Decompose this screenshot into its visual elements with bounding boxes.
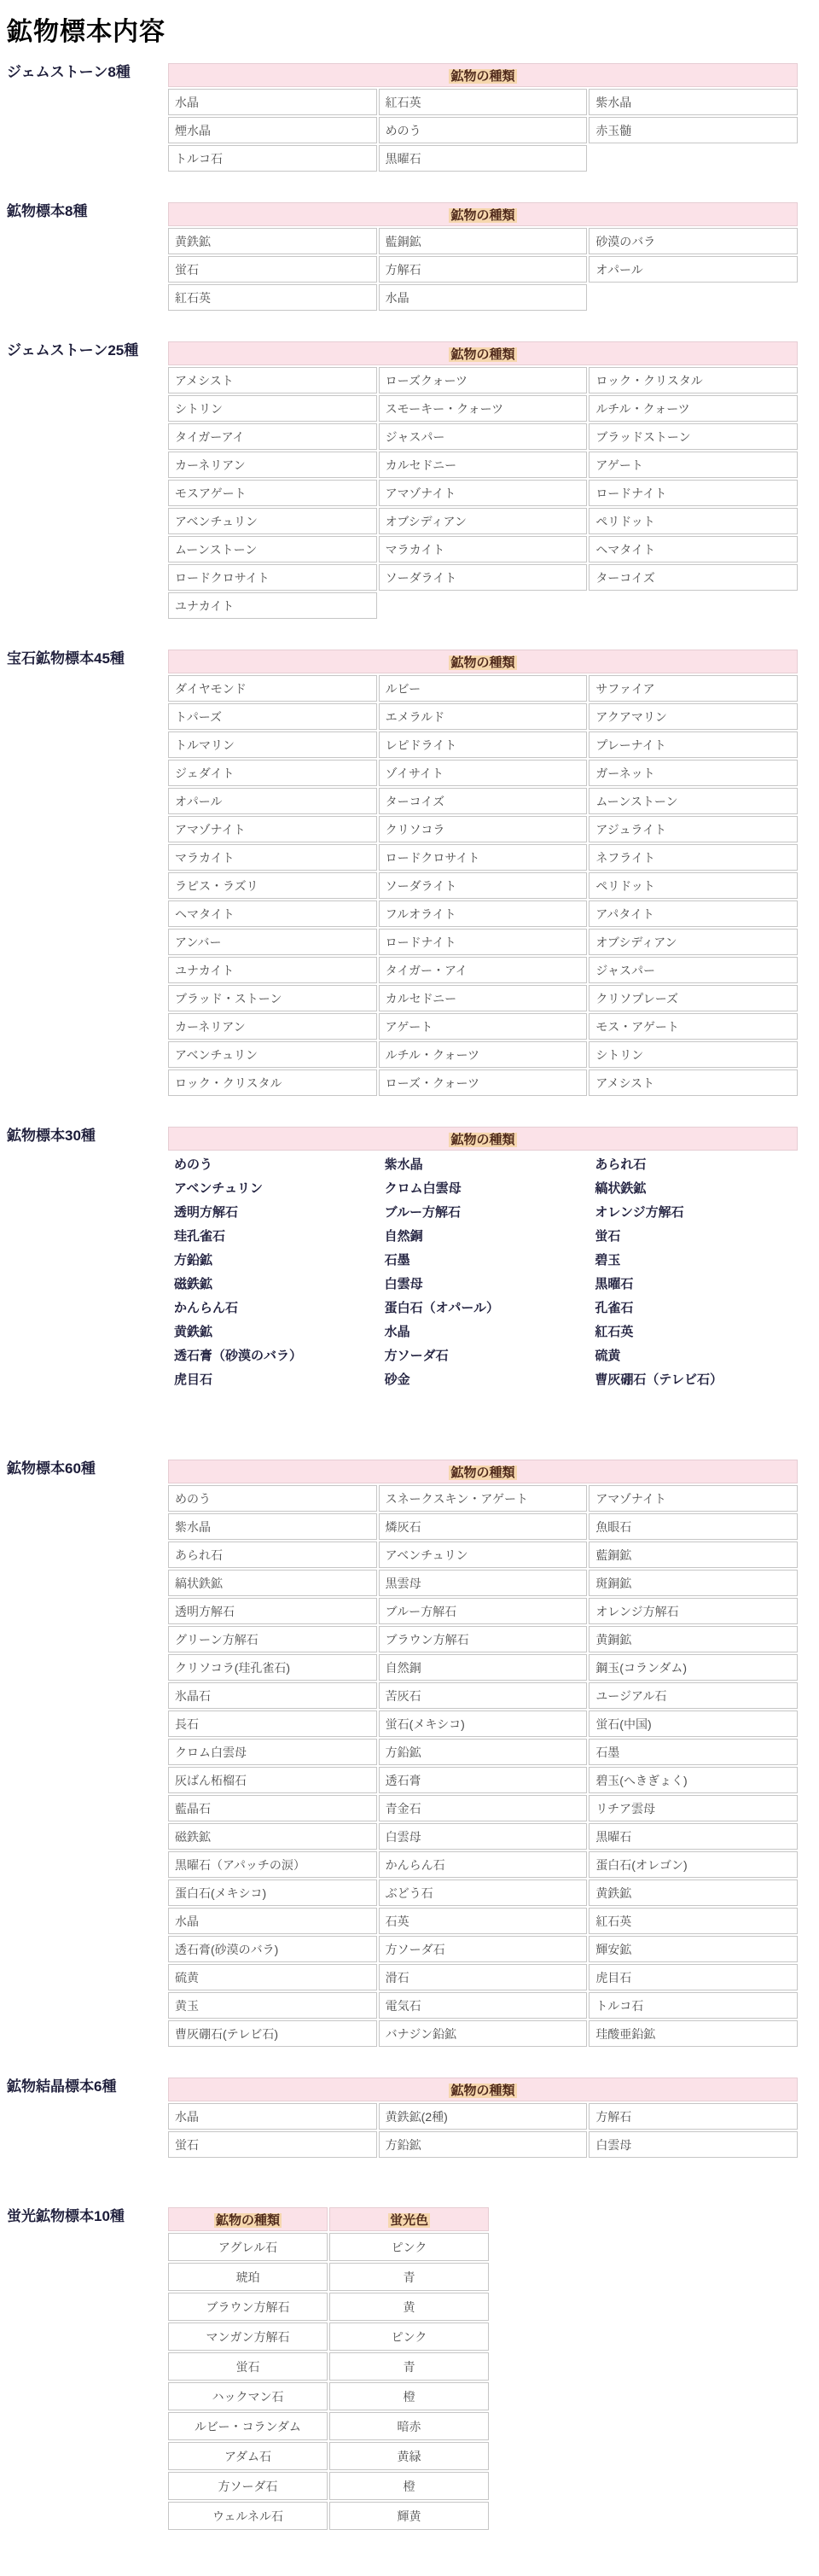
mineral-cell: タイガー・アイ — [379, 957, 588, 983]
mineral-cell: 蛍石 — [168, 256, 377, 283]
table-row: アマゾナイトクリソコラアジュライト — [168, 816, 798, 842]
mineral-cell: ブルー方解石 — [379, 1200, 588, 1222]
mineral-cell: 藍銅鉱 — [589, 1542, 798, 1568]
mineral-cell: ロードクロサイト — [168, 564, 377, 591]
mineral-cell: 硫黄 — [168, 1964, 377, 1990]
mineral-cell: ブラウン方解石 — [379, 1626, 588, 1652]
table-row: アンバーロードナイトオブシディアン — [168, 929, 798, 955]
mineral-cell: グリーン方解石 — [168, 1626, 377, 1652]
mineral-cell: 黒雲母 — [379, 1570, 588, 1596]
mineral-cell: アゲート — [589, 452, 798, 478]
mineral-cell: 蛍石 — [168, 2352, 328, 2381]
table-row: ジェダイトゾイサイトガーネット — [168, 760, 798, 786]
mineral-cell: 紅石英 — [589, 1908, 798, 1934]
mineral-cell: アメシスト — [168, 367, 377, 393]
mineral-cell: かんらん石 — [168, 1296, 377, 1318]
mineral-cell: アゲート — [379, 1013, 588, 1040]
mineral-cell: 縞状鉄鉱 — [168, 1570, 377, 1596]
table-row: 透明方解石ブルー方解石オレンジ方解石 — [168, 1598, 798, 1624]
mineral-cell: 煙水晶 — [168, 117, 377, 143]
page-title: 鉱物標本内容 — [7, 10, 810, 48]
table-row: 黄鉄鉱藍銅鉱砂漠のバラ — [168, 228, 798, 254]
mineral-cell: 燐灰石 — [379, 1513, 588, 1540]
mineral-cell: 水晶 — [379, 1320, 588, 1342]
mineral-cell: 蛋白石(メキシコ) — [168, 1880, 377, 1906]
mineral-cell: 虎目石 — [168, 1367, 377, 1390]
mineral-cell: 硫黄 — [589, 1343, 798, 1366]
mineral-cell: モスアゲート — [168, 480, 377, 506]
table-row: ロードクロサイトソーダライトターコイズ — [168, 564, 798, 591]
table-header-row: 鉱物の種類 — [168, 202, 798, 226]
mineral-cell: 曹灰硼石(テレビ石) — [168, 2020, 377, 2047]
mineral-cell: ルチル・クォーツ — [589, 395, 798, 422]
mineral-cell: ぶどう石 — [379, 1880, 588, 1906]
table-row: トルコ石黒曜石 — [168, 145, 798, 172]
mineral-cell: アクアマリン — [589, 703, 798, 730]
table-header-cell: 蛍光色 — [329, 2207, 489, 2231]
table-row: クリソコラ(珪孔雀石)自然銅鋼玉(コランダム) — [168, 1654, 798, 1681]
mineral-cell: 白雲母 — [379, 1823, 588, 1850]
table-row: 蛍石方解石オパール — [168, 256, 798, 283]
mineral-cell: ローズ・クォーツ — [379, 1069, 588, 1096]
mineral-cell: 砂漠のバラ — [589, 228, 798, 254]
mineral-cell: 輝安鉱 — [589, 1936, 798, 1962]
mineral-cell: 透明方解石 — [168, 1598, 377, 1624]
table-row: 紅石英水晶 — [168, 284, 798, 311]
mineral-cell: 黄銅鉱 — [589, 1626, 798, 1652]
table-header-label: 鉱物の種類 — [214, 2213, 282, 2228]
table-row: ロック・クリスタルローズ・クォーツアメシスト — [168, 1069, 798, 1096]
mineral-cell: 赤玉髄 — [589, 117, 798, 143]
mineral-cell: 黄鉄鉱 — [168, 1320, 377, 1342]
table-header-row: 鉱物の種類 — [168, 63, 798, 87]
table-row: マラカイトロードクロサイトネフライト — [168, 844, 798, 871]
mineral-cell: アグレル石 — [168, 2233, 328, 2261]
mineral-cell: 方ソーダ石 — [168, 2472, 328, 2500]
table-row: 蛍石方鉛鉱白雲母 — [168, 2131, 798, 2158]
mineral-cell: 灰ばん柘榴石 — [168, 1767, 377, 1793]
mineral-cell: 黄鉄鉱 — [589, 1880, 798, 1906]
table-row: 水晶黄鉄鉱(2種)方解石 — [168, 2103, 798, 2130]
mineral-cell: リチア雲母 — [589, 1795, 798, 1821]
fluor-color-cell: 暗赤 — [329, 2412, 489, 2440]
mineral-cell: 琥珀 — [168, 2263, 328, 2291]
mineral-cell: ジェダイト — [168, 760, 377, 786]
mineral-cell: クリソプレーズ — [589, 985, 798, 1011]
mineral-cell: ヘマタイト — [589, 536, 798, 562]
mineral-cell: スネークスキン・アゲート — [379, 1485, 588, 1512]
mineral-cell: ハックマン石 — [168, 2382, 328, 2410]
table-row: オパールターコイズムーンストーン — [168, 788, 798, 814]
mineral-cell: 紫水晶 — [168, 1513, 377, 1540]
mineral-cell: ターコイズ — [589, 564, 798, 591]
mineral-cell: カーネリアン — [168, 1013, 377, 1040]
table-row: 黄玉電気石トルコ石 — [168, 1992, 798, 2019]
table-row: 紫水晶燐灰石魚眼石 — [168, 1513, 798, 1540]
mineral-cell: あられ石 — [589, 1152, 798, 1174]
mineral-cell: ネフライト — [589, 844, 798, 871]
mineral-cell: 蛋白石（オパール） — [379, 1296, 588, 1318]
section-6: 鉱物標本60種鉱物の種類めのうスネークスキン・アゲートアマゾナイト紫水晶燐灰石魚… — [7, 1458, 810, 2049]
section-8: 蛍光鉱物標本10種鉱物の種類蛍光色アグレル石ピンク琥珀青ブラウン方解石黄マンガン… — [7, 2206, 810, 2532]
table-header-cell: 鉱物の種類 — [168, 202, 798, 226]
mineral-cell: 珪酸亜鉛鉱 — [589, 2020, 798, 2047]
sections-container: ジェムストーン8種鉱物の種類水晶紅石英紫水晶煙水晶めのう赤玉髄トルコ石黒曜石鉱物… — [7, 61, 810, 2532]
section-label: 蛍光鉱物標本10種 — [7, 2206, 166, 2225]
fluor-color-cell: 輝黄 — [329, 2502, 489, 2530]
mineral-table: 鉱物の種類水晶紅石英紫水晶煙水晶めのう赤玉髄トルコ石黒曜石 — [166, 61, 799, 173]
mineral-cell: カルセドニー — [379, 985, 588, 1011]
table-header-label: 鉱物の種類 — [449, 347, 516, 362]
table-row: 水晶紅石英紫水晶 — [168, 89, 798, 115]
table-row: アベンチュリンオブシディアンペリドット — [168, 508, 798, 534]
table-header-row: 鉱物の種類 — [168, 1127, 798, 1151]
mineral-cell: 方鉛鉱 — [379, 1739, 588, 1765]
table-header-label: 鉱物の種類 — [449, 656, 516, 670]
mineral-cell: 透石膏(砂漠のバラ) — [168, 1936, 377, 1962]
mineral-cell: 黒曜石 — [379, 145, 588, 172]
table-row: 水晶石英紅石英 — [168, 1908, 798, 1934]
mineral-cell: トルコ石 — [168, 145, 377, 172]
mineral-cell: 方ソーダ石 — [379, 1343, 588, 1366]
section-2: 鉱物標本8種鉱物の種類黄鉄鉱藍銅鉱砂漠のバラ蛍石方解石オパール紅石英水晶 — [7, 201, 810, 312]
mineral-cell: シトリン — [168, 395, 377, 422]
mineral-cell: ターコイズ — [379, 788, 588, 814]
mineral-cell: マラカイト — [168, 844, 377, 871]
section-label: ジェムストーン8種 — [7, 61, 166, 81]
table-row: 硫黄滑石虎目石 — [168, 1964, 798, 1990]
mineral-cell: ペリドット — [589, 508, 798, 534]
mineral-cell: ムーンストーン — [589, 788, 798, 814]
mineral-cell: ロードナイト — [379, 929, 588, 955]
mineral-cell: 蛍石(メキシコ) — [379, 1711, 588, 1737]
table-header-cell: 鉱物の種類 — [168, 63, 798, 87]
mineral-cell: 電気石 — [379, 1992, 588, 2019]
mineral-cell: 透石膏 — [379, 1767, 588, 1793]
fluor-color-cell: 橙 — [329, 2382, 489, 2410]
table-row: シトリンスモーキー・クォーツルチル・クォーツ — [168, 395, 798, 422]
table-header-row: 鉱物の種類 — [168, 650, 798, 673]
table-header-cell: 鉱物の種類 — [168, 2207, 328, 2231]
section-4: 宝石鉱物標本45種鉱物の種類ダイヤモンドルビーサファイアトパーズエメラルドアクア… — [7, 648, 810, 1098]
section-5: 鉱物標本30種鉱物の種類めのう紫水晶あられ石アベンチュリンクロム白雲母縞状鉄鉱透… — [7, 1125, 810, 1391]
mineral-cell: ルチル・クォーツ — [379, 1041, 588, 1068]
mineral-cell: レピドライト — [379, 731, 588, 758]
mineral-cell: バナジン鉛鉱 — [379, 2020, 588, 2047]
mineral-cell: フルオライト — [379, 900, 588, 927]
mineral-cell: ガーネット — [589, 760, 798, 786]
mineral-cell: ジャスパー — [379, 423, 588, 450]
table-header-label: 鉱物の種類 — [449, 2084, 516, 2098]
table-row: 曹灰硼石(テレビ石)バナジン鉛鉱珪酸亜鉛鉱 — [168, 2020, 798, 2047]
mineral-cell: ムーンストーン — [168, 536, 377, 562]
mineral-cell: 黄鉄鉱 — [168, 228, 377, 254]
table-row: ウェルネル石輝黄 — [168, 2502, 489, 2530]
mineral-cell: 青金石 — [379, 1795, 588, 1821]
table-row: 長石蛍石(メキシコ)蛍石(中国) — [168, 1711, 798, 1737]
empty-cell — [589, 592, 798, 619]
mineral-cell: 珪孔雀石 — [168, 1224, 377, 1246]
table-row: マンガン方解石ピンク — [168, 2322, 489, 2351]
mineral-cell: 黒曜石（アパッチの涙） — [168, 1851, 377, 1878]
mineral-cell: 紅石英 — [168, 284, 377, 311]
table-row: 磁鉄鉱白雲母黒曜石 — [168, 1272, 798, 1294]
mineral-cell: 紫水晶 — [589, 89, 798, 115]
mineral-cell: 鋼玉(コランダム) — [589, 1654, 798, 1681]
mineral-cell: 自然銅 — [379, 1224, 588, 1246]
table-row: モスアゲートアマゾナイトロードナイト — [168, 480, 798, 506]
fluor-color-cell: 黄緑 — [329, 2442, 489, 2470]
mineral-cell: ゾイサイト — [379, 760, 588, 786]
mineral-cell: ブラッドストーン — [589, 423, 798, 450]
mineral-cell: 紅石英 — [379, 89, 588, 115]
mineral-cell: アマゾナイト — [379, 480, 588, 506]
mineral-cell: オパール — [168, 788, 377, 814]
mineral-cell: 白雲母 — [379, 1272, 588, 1294]
fluor-color-cell: ピンク — [329, 2233, 489, 2261]
mineral-cell: 方解石 — [379, 256, 588, 283]
table-row: アメシストローズクォーツロック・クリスタル — [168, 367, 798, 393]
mineral-cell: ロック・クリスタル — [168, 1069, 377, 1096]
mineral-cell: 蛋白石(オレゴン) — [589, 1851, 798, 1878]
table-row: 氷晶石苦灰石ユージアル石 — [168, 1682, 798, 1709]
mineral-cell: 黒曜石 — [589, 1272, 798, 1294]
mineral-cell: ウェルネル石 — [168, 2502, 328, 2530]
fluor-color-cell: 青 — [329, 2352, 489, 2381]
mineral-cell: ユージアル石 — [589, 1682, 798, 1709]
mineral-cell: トパーズ — [168, 703, 377, 730]
mineral-cell: 長石 — [168, 1711, 377, 1737]
table-header-row: 鉱物の種類蛍光色 — [168, 2207, 489, 2231]
mineral-cell: ローズクォーツ — [379, 367, 588, 393]
table-row: 琥珀青 — [168, 2263, 489, 2291]
mineral-cell: 黒曜石 — [589, 1823, 798, 1850]
mineral-cell: 水晶 — [379, 284, 588, 311]
empty-cell — [589, 284, 798, 311]
mineral-cell: タイガーアイ — [168, 423, 377, 450]
table-header-cell: 鉱物の種類 — [168, 1460, 798, 1483]
section-1: ジェムストーン8種鉱物の種類水晶紅石英紫水晶煙水晶めのう赤玉髄トルコ石黒曜石 — [7, 61, 810, 173]
mineral-cell: 砂金 — [379, 1367, 588, 1390]
mineral-cell: アマゾナイト — [589, 1485, 798, 1512]
mineral-cell: エメラルド — [379, 703, 588, 730]
mineral-cell: アメシスト — [589, 1069, 798, 1096]
mineral-cell: 透明方解石 — [168, 1200, 377, 1222]
mineral-cell: ジャスパー — [589, 957, 798, 983]
mineral-cell: 苦灰石 — [379, 1682, 588, 1709]
mineral-cell: 魚眼石 — [589, 1513, 798, 1540]
fluor-color-cell: 黄 — [329, 2293, 489, 2321]
mineral-cell: マラカイト — [379, 536, 588, 562]
table-row: めのうスネークスキン・アゲートアマゾナイト — [168, 1485, 798, 1512]
table-row: めのう紫水晶あられ石 — [168, 1152, 798, 1174]
table-row: ブラッド・ストーンカルセドニークリソプレーズ — [168, 985, 798, 1011]
mineral-cell: 紅石英 — [589, 1320, 798, 1342]
table-header-label: 鉱物の種類 — [449, 208, 516, 223]
table-row: ダイヤモンドルビーサファイア — [168, 675, 798, 702]
mineral-table: 鉱物の種類めのう紫水晶あられ石アベンチュリンクロム白雲母縞状鉄鉱透明方解石ブルー… — [166, 1125, 799, 1391]
mineral-cell: アベンチュリン — [168, 508, 377, 534]
mineral-cell: ルビー — [379, 675, 588, 702]
table-header-cell: 鉱物の種類 — [168, 1127, 798, 1151]
mineral-cell: 藍晶石 — [168, 1795, 377, 1821]
table-row: 蛍石青 — [168, 2352, 489, 2381]
mineral-cell: ペリドット — [589, 872, 798, 899]
table-row: かんらん石蛋白石（オパール）孔雀石 — [168, 1296, 798, 1318]
mineral-cell: ダイヤモンド — [168, 675, 377, 702]
mineral-cell: 水晶 — [168, 89, 377, 115]
table-header-row: 鉱物の種類 — [168, 1460, 798, 1483]
mineral-table: 鉱物の種類アメシストローズクォーツロック・クリスタルシトリンスモーキー・クォーツ… — [166, 340, 799, 621]
mineral-cell: トルマリン — [168, 731, 377, 758]
table-row: ユナカイトタイガー・アイジャスパー — [168, 957, 798, 983]
section-label: 鉱物結晶標本6種 — [7, 2076, 166, 2095]
mineral-cell: シトリン — [589, 1041, 798, 1068]
table-row: 蛋白石(メキシコ)ぶどう石黄鉄鉱 — [168, 1880, 798, 1906]
fluor-color-cell: 青 — [329, 2263, 489, 2291]
mineral-table: 鉱物の種類ダイヤモンドルビーサファイアトパーズエメラルドアクアマリントルマリンレ… — [166, 648, 799, 1098]
mineral-table: 鉱物の種類めのうスネークスキン・アゲートアマゾナイト紫水晶燐灰石魚眼石あられ石ア… — [166, 1458, 799, 2049]
table-header-cell: 鉱物の種類 — [168, 2078, 798, 2101]
mineral-cell: スモーキー・クォーツ — [379, 395, 588, 422]
fluor-color-cell: 橙 — [329, 2472, 489, 2500]
mineral-cell: 縞状鉄鉱 — [589, 1176, 798, 1198]
mineral-cell: 黄鉄鉱(2種) — [379, 2103, 588, 2130]
table-row: ムーンストーンマラカイトヘマタイト — [168, 536, 798, 562]
mineral-cell: あられ石 — [168, 1542, 377, 1568]
section-3: ジェムストーン25種鉱物の種類アメシストローズクォーツロック・クリスタルシトリン… — [7, 340, 810, 621]
mineral-cell: ユナカイト — [168, 957, 377, 983]
mineral-cell: 石墨 — [589, 1739, 798, 1765]
mineral-cell: 方鉛鉱 — [168, 1248, 377, 1270]
mineral-cell: めのう — [168, 1152, 377, 1174]
table-row: 縞状鉄鉱黒雲母斑銅鉱 — [168, 1570, 798, 1596]
mineral-cell: クリソコラ(珪孔雀石) — [168, 1654, 377, 1681]
table-row: 黒曜石（アパッチの涙）かんらん石蛋白石(オレゴン) — [168, 1851, 798, 1878]
section-label: ジェムストーン25種 — [7, 340, 166, 359]
mineral-cell: 曹灰硼石（テレビ石） — [589, 1367, 798, 1390]
mineral-cell: 方鉛鉱 — [379, 2131, 588, 2158]
table-row: 黄鉄鉱水晶紅石英 — [168, 1320, 798, 1342]
mineral-cell: 碧玉 — [589, 1248, 798, 1270]
table-row: 珪孔雀石自然銅蛍石 — [168, 1224, 798, 1246]
mineral-cell: モス・アゲート — [589, 1013, 798, 1040]
mineral-cell: 虎目石 — [589, 1964, 798, 1990]
mineral-cell: サファイア — [589, 675, 798, 702]
table-row: ヘマタイトフルオライトアパタイト — [168, 900, 798, 927]
section-label: 鉱物標本8種 — [7, 201, 166, 220]
mineral-cell: クリソコラ — [379, 816, 588, 842]
mineral-cell: 蛍石(中国) — [589, 1711, 798, 1737]
table-row: グリーン方解石ブラウン方解石黄銅鉱 — [168, 1626, 798, 1652]
mineral-cell: ロック・クリスタル — [589, 367, 798, 393]
mineral-cell: トルコ石 — [589, 1992, 798, 2019]
mineral-cell: マンガン方解石 — [168, 2322, 328, 2351]
table-row: アダム石黄緑 — [168, 2442, 489, 2470]
mineral-cell: 白雲母 — [589, 2131, 798, 2158]
mineral-cell: 蛍石 — [168, 2131, 377, 2158]
table-row: 灰ばん柘榴石透石膏碧玉(へきぎょく) — [168, 1767, 798, 1793]
section-7: 鉱物結晶標本6種鉱物の種類水晶黄鉄鉱(2種)方解石蛍石方鉛鉱白雲母 — [7, 2076, 810, 2159]
table-row: ブラウン方解石黄 — [168, 2293, 489, 2321]
mineral-cell: 水晶 — [168, 2103, 377, 2130]
mineral-table: 鉱物の種類黄鉄鉱藍銅鉱砂漠のバラ蛍石方解石オパール紅石英水晶 — [166, 201, 799, 312]
mineral-cell: アジュライト — [589, 816, 798, 842]
table-row: 透石膏（砂漠のバラ）方ソーダ石硫黄 — [168, 1343, 798, 1366]
mineral-table: 鉱物の種類水晶黄鉄鉱(2種)方解石蛍石方鉛鉱白雲母 — [166, 2076, 799, 2159]
mineral-cell: ルビー・コランダム — [168, 2412, 328, 2440]
mineral-cell: アベンチュリン — [379, 1542, 588, 1568]
mineral-cell: 自然銅 — [379, 1654, 588, 1681]
mineral-cell: オパール — [589, 256, 798, 283]
table-row: トパーズエメラルドアクアマリン — [168, 703, 798, 730]
table-row: クロム白雲母方鉛鉱石墨 — [168, 1739, 798, 1765]
table-header-label: 蛍光色 — [388, 2213, 430, 2228]
table-header-label: 鉱物の種類 — [449, 1133, 516, 1147]
mineral-cell: クロム白雲母 — [379, 1176, 588, 1198]
mineral-cell: ブラッド・ストーン — [168, 985, 377, 1011]
mineral-cell: 黄玉 — [168, 1992, 377, 2019]
mineral-cell: 透石膏（砂漠のバラ） — [168, 1343, 377, 1366]
mineral-cell: ソーダライト — [379, 872, 588, 899]
table-row: 虎目石砂金曹灰硼石（テレビ石） — [168, 1367, 798, 1390]
mineral-cell: かんらん石 — [379, 1851, 588, 1878]
table-header-cell: 鉱物の種類 — [168, 650, 798, 673]
table-header-label: 鉱物の種類 — [449, 1466, 516, 1480]
mineral-cell: オレンジ方解石 — [589, 1598, 798, 1624]
mineral-cell: 石墨 — [379, 1248, 588, 1270]
table-row: 透明方解石ブルー方解石オレンジ方解石 — [168, 1200, 798, 1222]
mineral-cell: ブルー方解石 — [379, 1598, 588, 1624]
mineral-cell: 氷晶石 — [168, 1682, 377, 1709]
table-header-cell: 鉱物の種類 — [168, 341, 798, 365]
mineral-cell: カーネリアン — [168, 452, 377, 478]
mineral-cell: ロードナイト — [589, 480, 798, 506]
mineral-cell: めのう — [379, 117, 588, 143]
mineral-cell: アダム石 — [168, 2442, 328, 2470]
mineral-cell: ロードクロサイト — [379, 844, 588, 871]
section-label: 宝石鉱物標本45種 — [7, 648, 166, 667]
mineral-cell: 紫水晶 — [379, 1152, 588, 1174]
mineral-cell: ユナカイト — [168, 592, 377, 619]
table-row: 方ソーダ石橙 — [168, 2472, 489, 2500]
mineral-cell: アベンチュリン — [168, 1041, 377, 1068]
section-label: 鉱物標本30種 — [7, 1125, 166, 1145]
section-label: 鉱物標本60種 — [7, 1458, 166, 1477]
table-row: アグレル石ピンク — [168, 2233, 489, 2261]
empty-cell — [589, 145, 798, 172]
table-row: アベンチュリンクロム白雲母縞状鉄鉱 — [168, 1176, 798, 1198]
mineral-cell: オレンジ方解石 — [589, 1200, 798, 1222]
mineral-cell: めのう — [168, 1485, 377, 1512]
mineral-cell: 方ソーダ石 — [379, 1936, 588, 1962]
empty-cell — [379, 592, 588, 619]
mineral-cell: 磁鉄鉱 — [168, 1272, 377, 1294]
mineral-cell: オブシディアン — [379, 508, 588, 534]
mineral-cell: アンバー — [168, 929, 377, 955]
mineral-cell: 滑石 — [379, 1964, 588, 1990]
table-row: カーネリアンアゲートモス・アゲート — [168, 1013, 798, 1040]
table-header-row: 鉱物の種類 — [168, 341, 798, 365]
mineral-cell: カルセドニー — [379, 452, 588, 478]
mineral-cell: 藍銅鉱 — [379, 228, 588, 254]
mineral-cell: 磁鉄鉱 — [168, 1823, 377, 1850]
table-row: カーネリアンカルセドニーアゲート — [168, 452, 798, 478]
mineral-cell: 碧玉(へきぎょく) — [589, 1767, 798, 1793]
mineral-cell: 蛍石 — [589, 1224, 798, 1246]
table-header-label: 鉱物の種類 — [449, 69, 516, 84]
mineral-cell: アマゾナイト — [168, 816, 377, 842]
